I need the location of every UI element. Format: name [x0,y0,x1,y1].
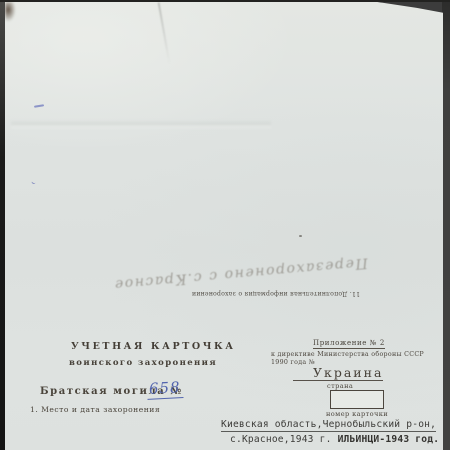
paper-crease-horizontal [11,120,271,130]
card-number-box [330,390,384,409]
upside-down-printed-line: 11. Дополнительная информация о захороне… [210,290,360,297]
ink-mark-speck [31,178,37,184]
directive-line2: 1990 года № [271,359,315,366]
location-line2-normal: с.Красное,1943 г. [230,434,338,445]
grave-number-handwritten: 658 [147,378,184,400]
paper-crease-diagonal [158,2,171,63]
corner-smudge [5,2,21,28]
dust-speck [299,235,302,237]
scanner-edge-top [0,0,450,2]
country-underline [293,380,383,381]
annex-title: Приложение № 2 [313,339,385,349]
card-subtitle: воинского захоронения [69,358,217,368]
location-line1: Киевская область,Чернобыльский р-он, [221,419,436,432]
card-number-caption: номер карточки [326,410,388,418]
location-line2-bold: ИЛЬИНЦИ-1943 год. [338,434,440,445]
country-caption: страна [327,382,353,390]
card-title: УЧЕТНАЯ КАРТОЧКА [71,341,236,352]
country-value: Украина [313,365,383,380]
section1-place-date-label: 1. Место и дата захоронения [30,405,160,414]
scanned-card-sheet [5,2,443,450]
location-line2: с.Красное,1943 г. ИЛЬИНЦИ-1943 год. [230,434,439,445]
ink-mark-dash [34,104,44,107]
scanner-edge-right [442,0,450,450]
directive-line1: к директиве Министерства обороны СССР [271,351,424,358]
